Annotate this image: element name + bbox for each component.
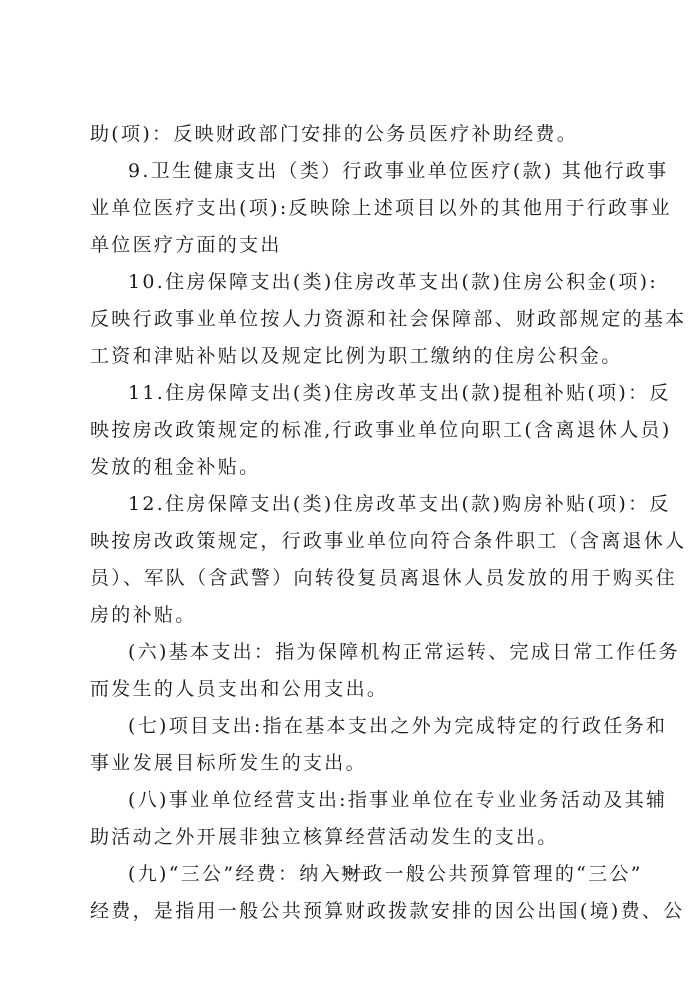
text-line: (六)基本支出：指为保障机构正常运转、完成日常工作任务 xyxy=(90,634,606,671)
text-line: 映按房改政策规定，行政事业单位向符合条件职工（含离退休人 xyxy=(90,523,606,560)
document-page: 助(项)：反映财政部门安排的公务员医疗补助经费。9.卫生健康支出（类）行政事业单… xyxy=(0,0,695,983)
text-line: 12.住房保障支出(类)住房改革支出(款)购房补贴(项)：反 xyxy=(90,486,606,523)
text-line: 经费，是指用一般公共预算财政拨款安排的因公出国(境)费、公 xyxy=(90,893,606,930)
text-line: 11.住房保障支出(类)住房改革支出(款)提租补贴(项)：反 xyxy=(90,375,606,412)
text-line: 10.住房保障支出(类)住房改革支出(款)住房公积金(项): xyxy=(90,264,606,301)
text-line: (七)项目支出:指在基本支出之外为完成特定的行政任务和 xyxy=(90,708,606,745)
text-line: 发放的租金补贴。 xyxy=(90,449,606,486)
page-number: — 34 — xyxy=(0,864,695,879)
text-line: 员）、军队（含武警）向转役复员离退休人员发放的用于购买住 xyxy=(90,560,606,597)
document-body: 助(项)：反映财政部门安排的公务员医疗补助经费。9.卫生健康支出（类）行政事业单… xyxy=(90,116,606,930)
text-line: 反映行政事业单位按人力资源和社会保障部、财政部规定的基本 xyxy=(90,301,606,338)
text-line: 业单位医疗支出(项):反映除上述项目以外的其他用于行政事业 xyxy=(90,190,606,227)
text-line: 房的补贴。 xyxy=(90,597,606,634)
text-line: (八)事业单位经营支出:指事业单位在专业业务活动及其辅 xyxy=(90,782,606,819)
text-line: 而发生的人员支出和公用支出。 xyxy=(90,671,606,708)
text-line: 事业发展目标所发生的支出。 xyxy=(90,745,606,782)
text-line: 助(项)：反映财政部门安排的公务员医疗补助经费。 xyxy=(90,116,606,153)
text-line: 助活动之外开展非独立核算经营活动发生的支出。 xyxy=(90,819,606,856)
text-line: 工资和津贴补贴以及规定比例为职工缴纳的住房公积金。 xyxy=(90,338,606,375)
text-line: 映按房改政策规定的标准,行政事业单位向职工(含离退休人员) xyxy=(90,412,606,449)
text-line: 9.卫生健康支出（类）行政事业单位医疗(款) 其他行政事 xyxy=(90,153,606,190)
text-line: 单位医疗方面的支出 xyxy=(90,227,606,264)
